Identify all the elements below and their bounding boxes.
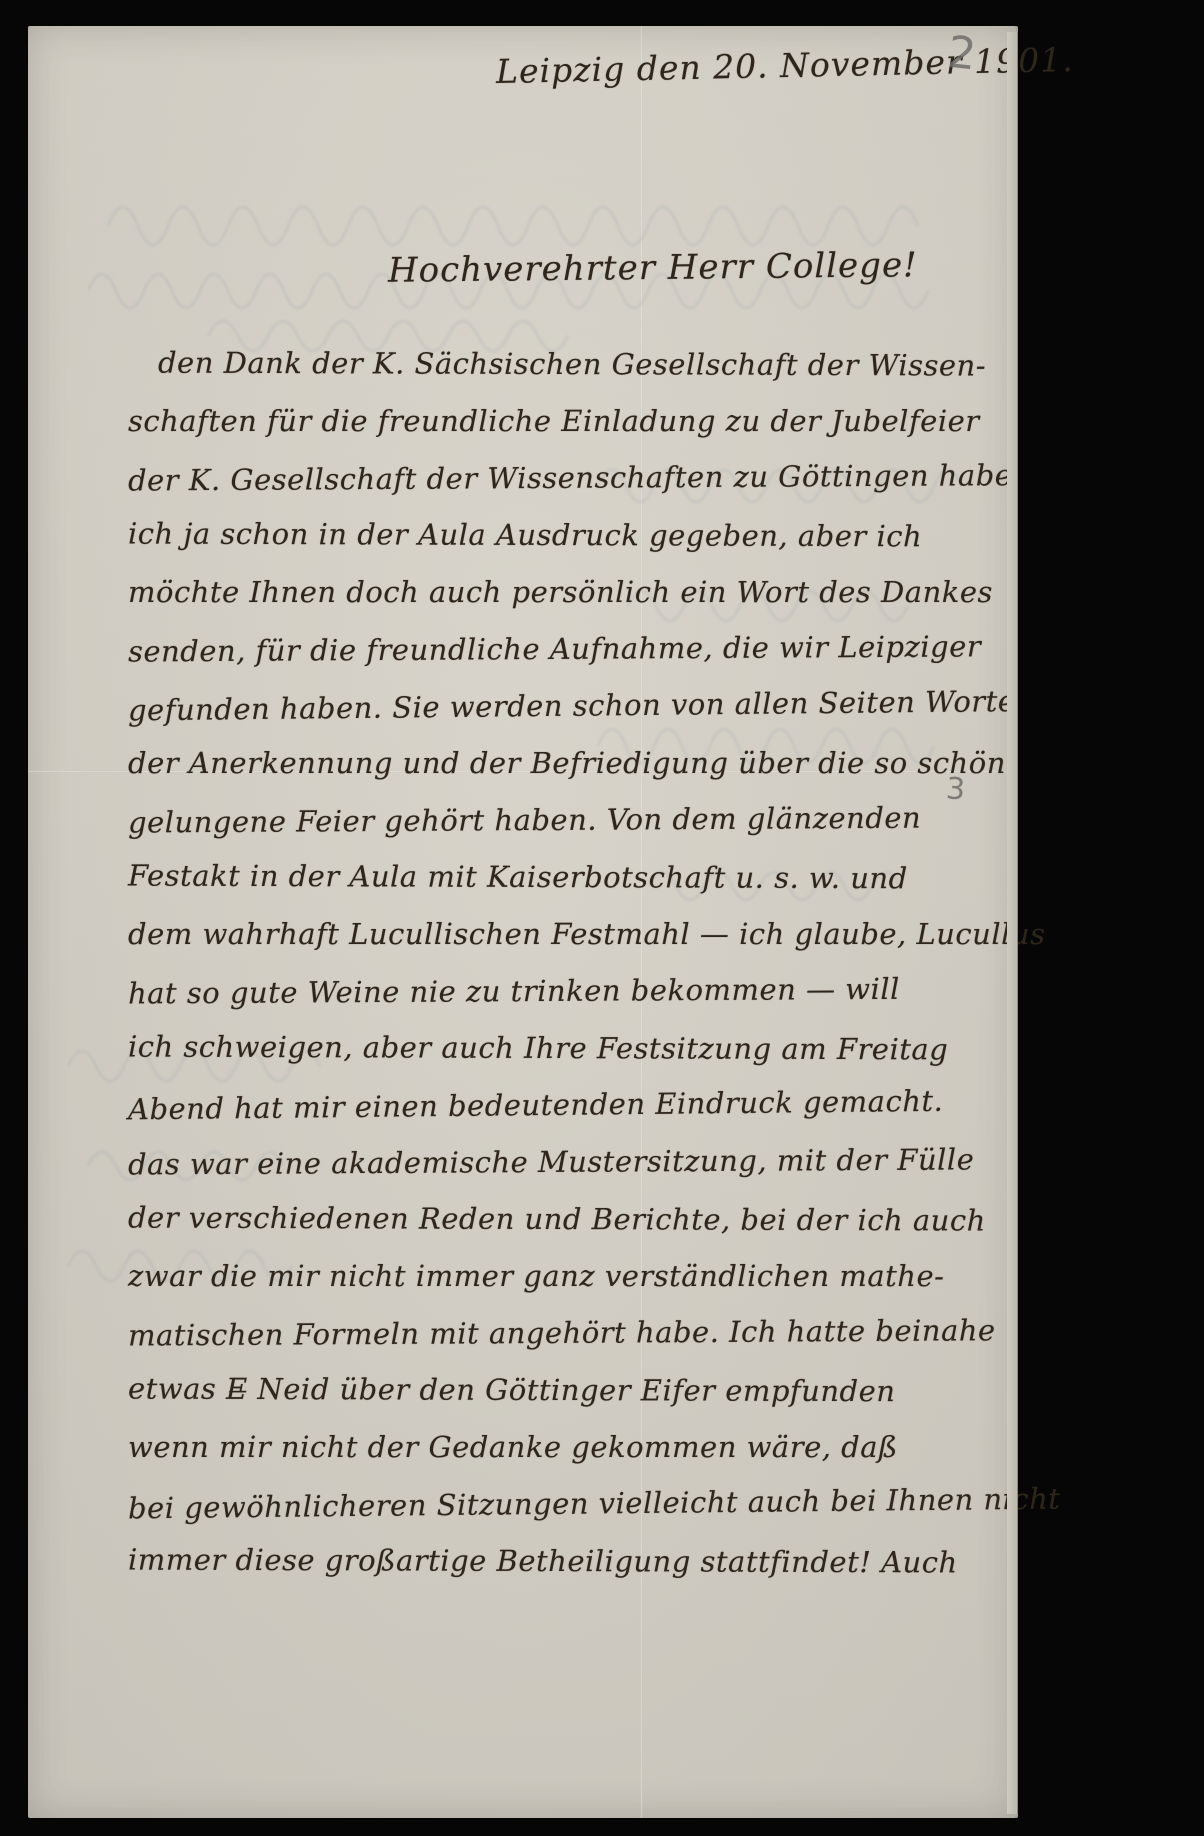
handwritten-line: der Anerkennung und der Befriedigung übe… [128,735,958,792]
handwritten-line: ich schweigen, aber auch Ihre Festsitzun… [128,1019,958,1079]
handwritten-line: ich ja schon in der Aula Ausdruck gegebe… [128,506,958,566]
handwritten-line: Abend hat mir einen bedeutenden Eindruck… [128,1073,959,1139]
scan-background: { "page": { "pencil_page_number": "2", "… [0,0,1204,1836]
handwritten-line: hat so gute Weine nie zu trinken bekomme… [128,960,958,1022]
handwritten-line: gelungene Feier gehört haben. Von dem gl… [128,789,958,851]
handwritten-line: dem wahrhaft Lucullischen Festmahl — ich… [128,906,958,963]
handwritten-line: den Dank der K. Sächsischen Gesellschaft… [128,335,958,395]
salutation: Hochverehrter Herr College! [388,245,918,291]
letter-body: den Dank der K. Sächsischen Gesellschaft… [128,336,958,1590]
dateline: Leipzig den 20. November 1901. [496,40,1074,91]
handwritten-line: gefunden haben. Sie werden schon von all… [128,674,959,740]
handwritten-line: bei gewöhnlicheren Sitzungen vielleicht … [128,1472,959,1538]
handwritten-line: matischen Formeln mit angehört habe. Ich… [128,1302,958,1364]
letter-page: Leipzig den 20. November 1901. 2 Hochver… [28,26,1016,1818]
handwritten-line: der verschiedenen Reden und Berichte, be… [128,1190,958,1250]
handwritten-line: wenn mir nicht der Gedanke gekommen wäre… [128,1419,958,1476]
handwritten-line: Festakt in der Aula mit Kaiserbotschaft … [128,848,958,908]
handwritten-line: der K. Gesellschaft der Wissenschaften z… [128,447,958,509]
handwritten-line: senden, für die freundliche Aufnahme, di… [128,618,958,680]
pencil-page-number: 2 [945,27,978,81]
handwritten-line: etwas E̶ Neid über den Göttinger Eifer e… [128,1361,958,1421]
handwritten-line: immer diese großartige Betheiligung stat… [128,1532,958,1592]
handwritten-line: zwar die mir nicht immer ganz verständli… [128,1248,958,1305]
handwritten-line: das war eine akademische Mustersitzung, … [128,1131,958,1193]
handwritten-line: schaften für die freundliche Einladung z… [128,393,958,450]
handwritten-line: möchte Ihnen doch auch persönlich ein Wo… [128,564,958,621]
